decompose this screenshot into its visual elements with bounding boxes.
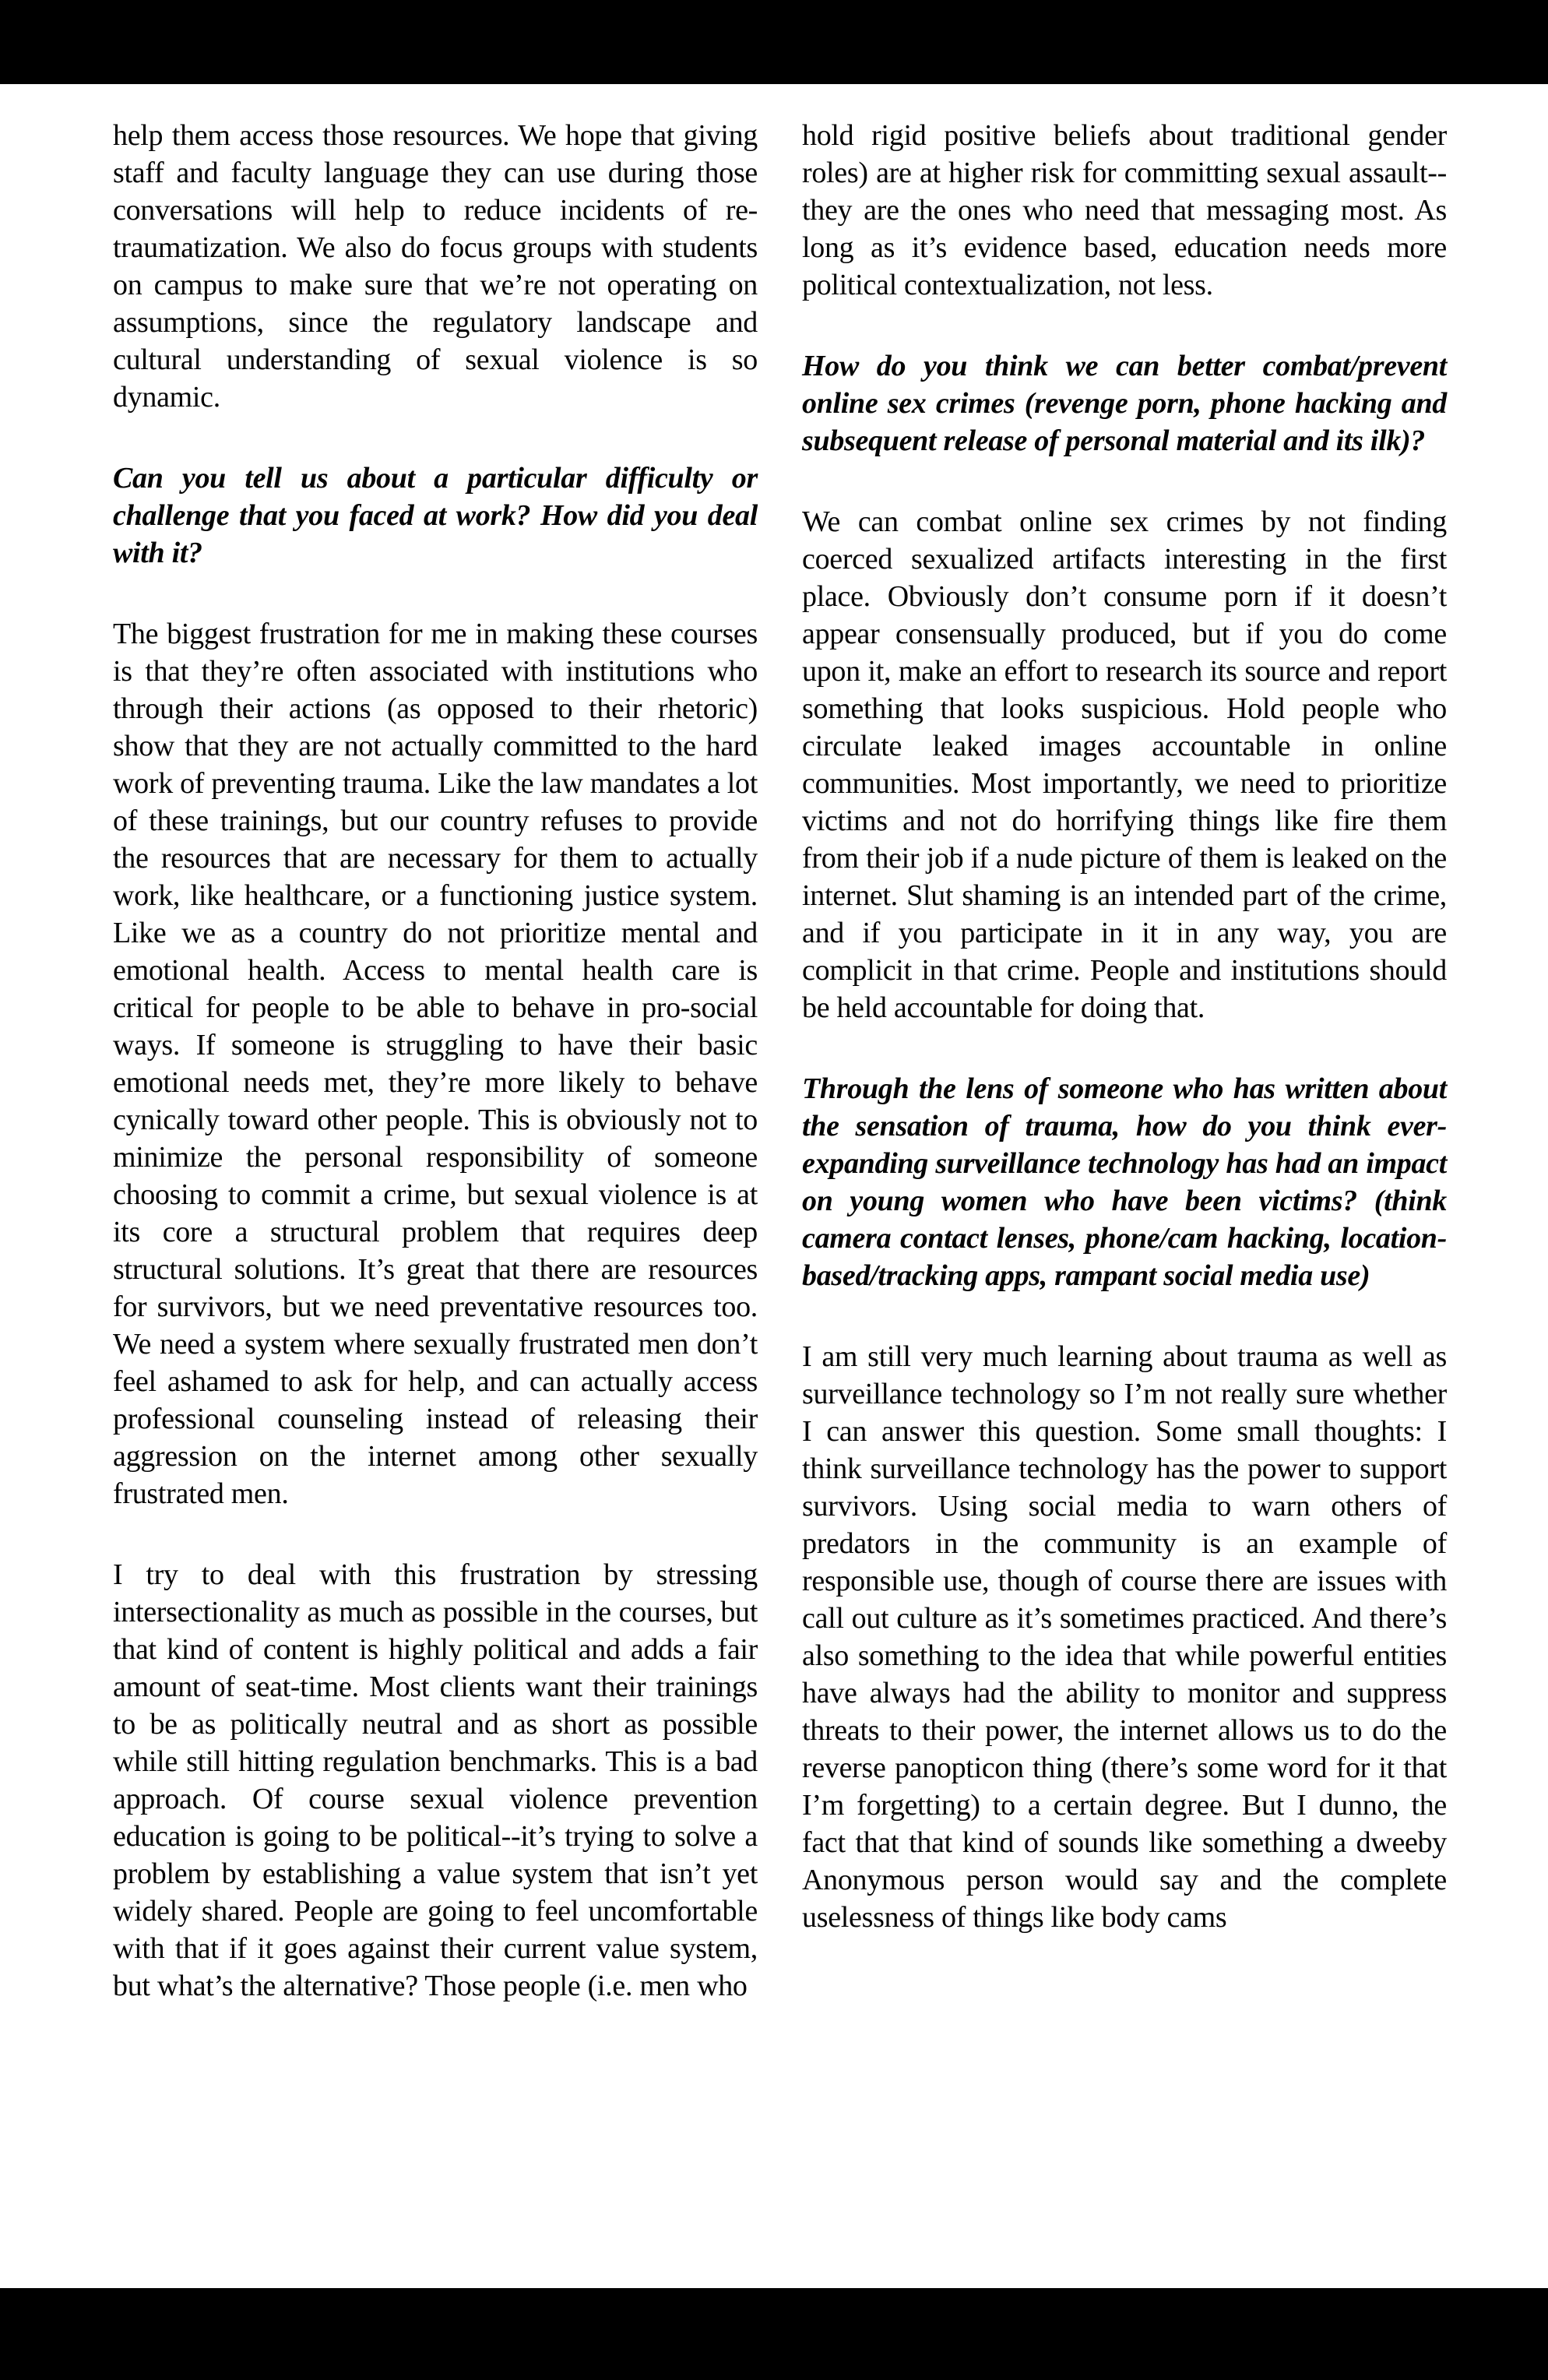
question-paragraph: Can you tell us about a particular diffi… xyxy=(113,459,758,572)
column-right: hold rigid positive beliefs about tradit… xyxy=(802,117,1447,2005)
column-left: help them access those resources. We hop… xyxy=(113,117,758,2005)
top-banner xyxy=(0,0,1548,84)
answer-paragraph: I try to deal with this frustration by s… xyxy=(113,1556,758,2005)
question-paragraph: How do you think we can better combat/pr… xyxy=(802,347,1447,459)
bottom-banner xyxy=(0,2288,1548,2380)
answer-paragraph: We can combat online sex crimes by not f… xyxy=(802,503,1447,1026)
answer-paragraph: hold rigid positive beliefs about tradit… xyxy=(802,117,1447,304)
answer-paragraph: help them access those resources. We hop… xyxy=(113,117,758,416)
answer-paragraph: I am still very much learning about trau… xyxy=(802,1338,1447,1936)
page-content: help them access those resources. We hop… xyxy=(113,117,1447,2005)
answer-paragraph: The biggest frustration for me in making… xyxy=(113,615,758,1512)
magazine-page: help them access those resources. We hop… xyxy=(0,0,1548,2380)
question-paragraph: Through the lens of someone who has writ… xyxy=(802,1070,1447,1294)
